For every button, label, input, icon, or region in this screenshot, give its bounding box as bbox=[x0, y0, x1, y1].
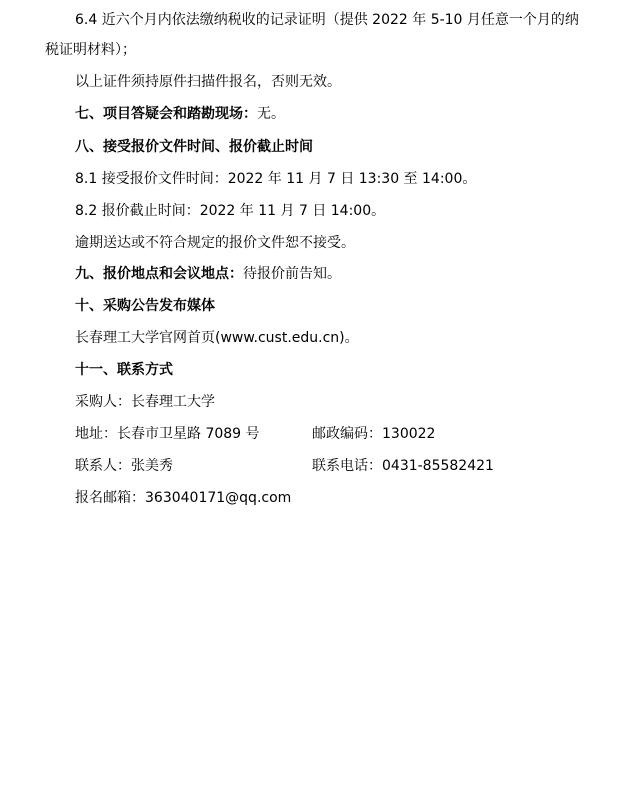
purchaser: 采购人：长春理工大学 bbox=[75, 392, 215, 412]
document-page: 6.4 近六个月内依法缴纳税收的记录证明（提供 2022 年 5-10 月任意一… bbox=[0, 0, 644, 802]
section-7: 七、项目答疑会和踏勘现场：无。 bbox=[75, 104, 285, 124]
postcode: 邮政编码：130022 bbox=[312, 424, 435, 444]
phone: 联系电话：0431-85582421 bbox=[312, 456, 494, 476]
media-link: 长春理工大学官网首页(www.cust.edu.cn)。 bbox=[75, 328, 359, 348]
certificate-note: 以上证件须持原件扫描件报名，否则无效。 bbox=[75, 72, 341, 92]
section-7-value: 无。 bbox=[257, 106, 285, 122]
section-9-heading: 九、报价地点和会议地点： bbox=[75, 266, 243, 282]
section-10-heading: 十、采购公告发布媒体 bbox=[75, 296, 215, 316]
section-9: 九、报价地点和会议地点：待报价前告知。 bbox=[75, 264, 341, 284]
item-8-2: 8.2 报价截止时间：2022 年 11 月 7 日 14:00。 bbox=[75, 201, 385, 221]
address-row: 地址：长春市卫星路 7089 号 邮政编码：130022 bbox=[75, 424, 615, 444]
item-6-4-line1: 6.4 近六个月内依法缴纳税收的记录证明（提供 2022 年 5-10 月任意一… bbox=[75, 10, 579, 30]
contact-row: 联系人：张美秀 联系电话：0431-85582421 bbox=[75, 456, 615, 476]
item-6-4-line2: 税证明材料）； bbox=[45, 40, 136, 60]
item-8-1: 8.1 接受报价文件时间：2022 年 11 月 7 日 13:30 至 14:… bbox=[75, 169, 476, 189]
address: 地址：长春市卫星路 7089 号 bbox=[75, 424, 260, 444]
section-8-heading: 八、接受报价文件时间、报价截止时间 bbox=[75, 137, 313, 157]
email: 报名邮箱：363040171@qq.com bbox=[75, 488, 291, 508]
late-note: 逾期送达或不符合规定的报价文件恕不接受。 bbox=[75, 233, 355, 253]
section-7-heading: 七、项目答疑会和踏勘现场： bbox=[75, 106, 257, 122]
section-9-value: 待报价前告知。 bbox=[243, 266, 341, 282]
contact-person: 联系人：张美秀 bbox=[75, 456, 173, 476]
section-11-heading: 十一、联系方式 bbox=[75, 360, 173, 380]
